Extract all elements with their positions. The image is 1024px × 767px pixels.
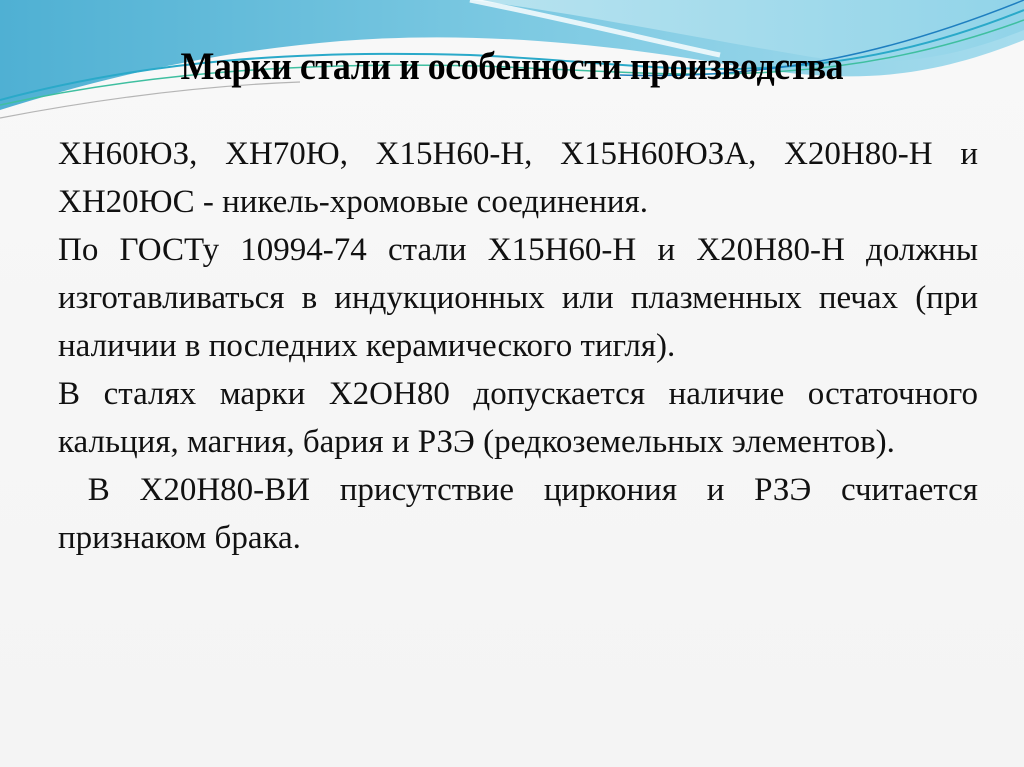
paragraph-residual-elements: В сталях марки Х2ОН80 допускается наличи… xyxy=(58,370,978,466)
slide: Марки стали и особенности производства Х… xyxy=(0,0,1024,767)
slide-body: ХН60ЮЗ, ХН70Ю, Х15Н60-Н, Х15Н60ЮЗА, Х20Н… xyxy=(58,130,978,562)
paragraph-nickel-chrome-grades: ХН60ЮЗ, ХН70Ю, Х15Н60-Н, Х15Н60ЮЗА, Х20Н… xyxy=(58,130,978,226)
paragraph-defect-criteria: В Х20Н80-ВИ присутствие циркония и РЗЭ с… xyxy=(58,466,978,562)
paragraph-gost-requirements: По ГОСТу 10994-74 стали Х15Н60-Н и Х20Н8… xyxy=(58,226,978,370)
slide-title: Марки стали и особенности производства xyxy=(41,44,983,89)
